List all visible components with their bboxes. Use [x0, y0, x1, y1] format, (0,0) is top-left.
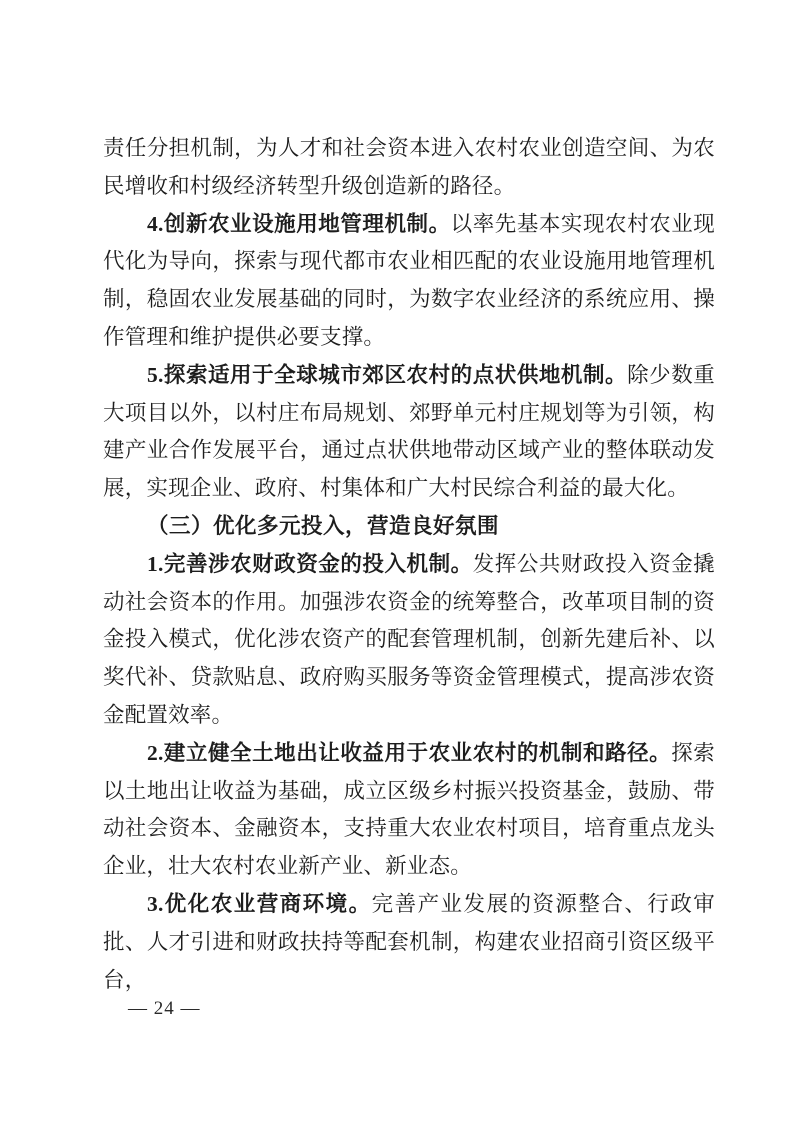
paragraph-text: 责任分担机制，为人才和社会资本进入农村农业创造空间、为农民增收和村级经济转型升级… — [103, 136, 715, 198]
paragraph-lead-bold: （三）优化多元投入，营造良好氛围 — [147, 514, 499, 538]
paragraph: 3.优化农业营商环境。完善产业发展的资源整合、行政审批、人才引进和财政扶持等配套… — [103, 886, 715, 999]
page-number: — 24 — — [128, 998, 201, 1020]
paragraph: 2.建立健全土地出让收益用于农业农村的机制和路径。探索以土地出让收益为基础，成立… — [103, 735, 715, 886]
paragraph: 责任分担机制，为人才和社会资本进入农村农业创造空间、为农民增收和村级经济转型升级… — [103, 130, 715, 206]
paragraph-lead-bold: 3.优化农业营商环境。 — [147, 892, 372, 916]
paragraph-lead-bold: 2.建立健全土地出让收益用于农业农村的机制和路径。 — [147, 741, 671, 765]
paragraph-lead-bold: 4.创新农业设施用地管理机制。 — [147, 212, 451, 236]
paragraph-text: 发挥公共财政投入资金撬动社会资本的作用。加强涉农资金的统筹整合，改革项目制的资金… — [103, 552, 715, 727]
paragraph: 1.完善涉农财政资金的投入机制。发挥公共财政投入资金撬动社会资本的作用。加强涉农… — [103, 546, 715, 735]
section-heading: （三）优化多元投入，营造良好氛围 — [103, 508, 715, 546]
paragraph-lead-bold: 5.探索适用于全球城市郊区农村的点状供地机制。 — [147, 363, 627, 387]
paragraph: 5.探索适用于全球城市郊区农村的点状供地机制。除少数重大项目以外，以村庄布局规划… — [103, 357, 715, 508]
document-body: 责任分担机制，为人才和社会资本进入农村农业创造空间、为农民增收和村级经济转型升级… — [103, 130, 715, 999]
paragraph-lead-bold: 1.完善涉农财政资金的投入机制。 — [147, 552, 473, 576]
paragraph: 4.创新农业设施用地管理机制。以率先基本实现农村农业现代化为导向，探索与现代都市… — [103, 206, 715, 357]
document-page: 责任分担机制，为人才和社会资本进入农村农业创造空间、为农民增收和村级经济转型升级… — [0, 0, 800, 1131]
